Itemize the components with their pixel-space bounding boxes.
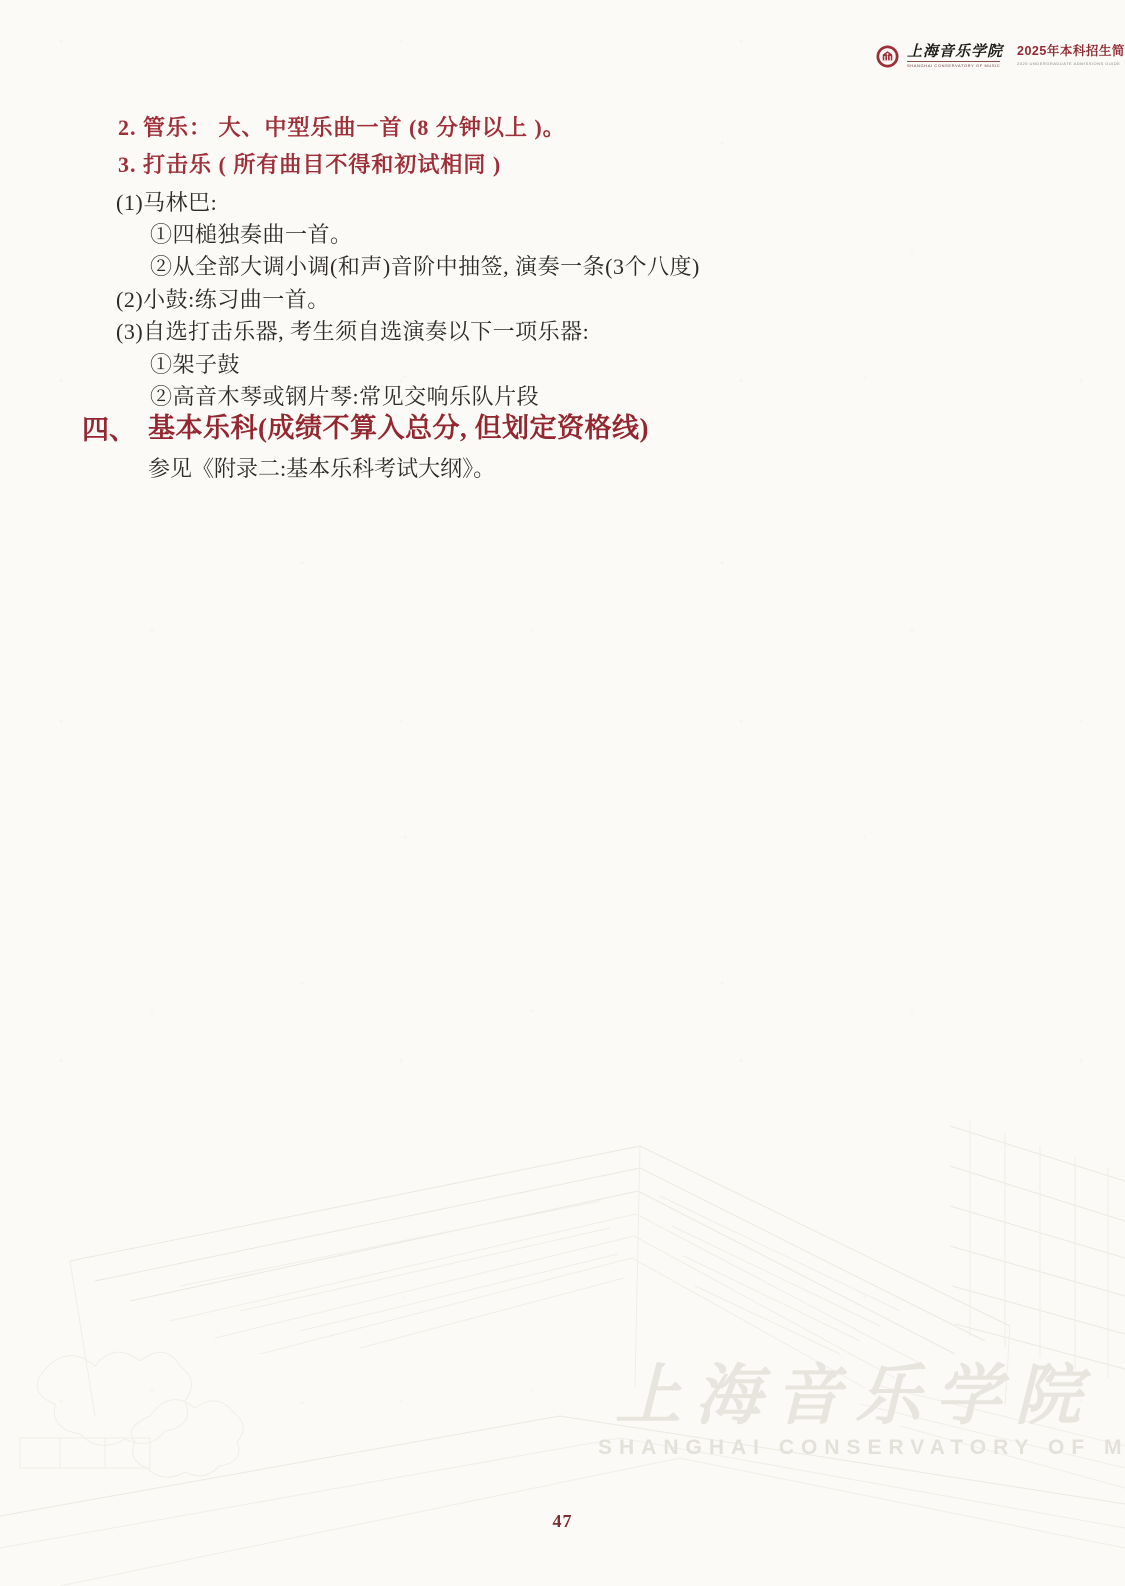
edition-subtitle: 2025 UNDERGRADUATE ADMISSIONS GUIDE	[1017, 61, 1125, 66]
page-number: 47	[0, 1511, 1125, 1532]
document-page: 上海音乐学院 SHANGHAI CONSERVATORY OF MUSIC 上海…	[0, 0, 1125, 1586]
list-item-winds: 2. 管乐： 大、中型乐曲一首 (8 分钟以上 )。	[118, 115, 566, 141]
logo-wordmark-zh: 上海音乐学院	[907, 44, 1003, 60]
section-title: 基本乐科(成绩不算入总分, 但划定资格线)	[148, 412, 649, 444]
edition-block: 2025年本科招生简章 2025 UNDERGRADUATE ADMISSION…	[1017, 44, 1125, 66]
list-item-percussion: 3. 打击乐 ( 所有曲目不得和初试相同 )	[118, 152, 501, 178]
page-header: 上海音乐学院 SHANGHAI CONSERVATORY OF MUSIC 20…	[876, 44, 1125, 68]
section-marker: 四、	[82, 414, 136, 446]
list-item-xylophone: ②高音木琴或钢片琴:常见交响乐队片段	[150, 384, 539, 410]
logo-wordmark-en: SHANGHAI CONSERVATORY OF MUSIC	[907, 61, 1000, 68]
logo-block: 上海音乐学院 SHANGHAI CONSERVATORY OF MUSIC	[907, 44, 1003, 68]
list-item-snare: (2)小鼓:练习曲一首。	[116, 287, 330, 313]
watermark-title-zh: 上海音乐学院	[615, 1360, 1095, 1433]
list-item-marimba-scales: ②从全部大调小调(和声)音阶中抽签, 演奏一条(3个八度)	[150, 254, 700, 280]
section-body: 参见《附录二:基本乐科考试大纲》。	[148, 456, 495, 482]
list-item-drum-set: ①架子鼓	[150, 352, 240, 378]
edition-title: 2025年本科招生简章	[1017, 44, 1125, 59]
list-item-marimba: (1)马林巴:	[116, 190, 217, 216]
list-item-optional-percussion: (3)自选打击乐器, 考生须自选演奏以下一项乐器:	[116, 319, 589, 345]
conservatory-seal-icon	[876, 45, 899, 68]
list-item-marimba-solo: ①四槌独奏曲一首。	[150, 222, 353, 248]
watermark-title-en: SHANGHAI CONSERVATORY OF MUSIC	[598, 1436, 1125, 1459]
